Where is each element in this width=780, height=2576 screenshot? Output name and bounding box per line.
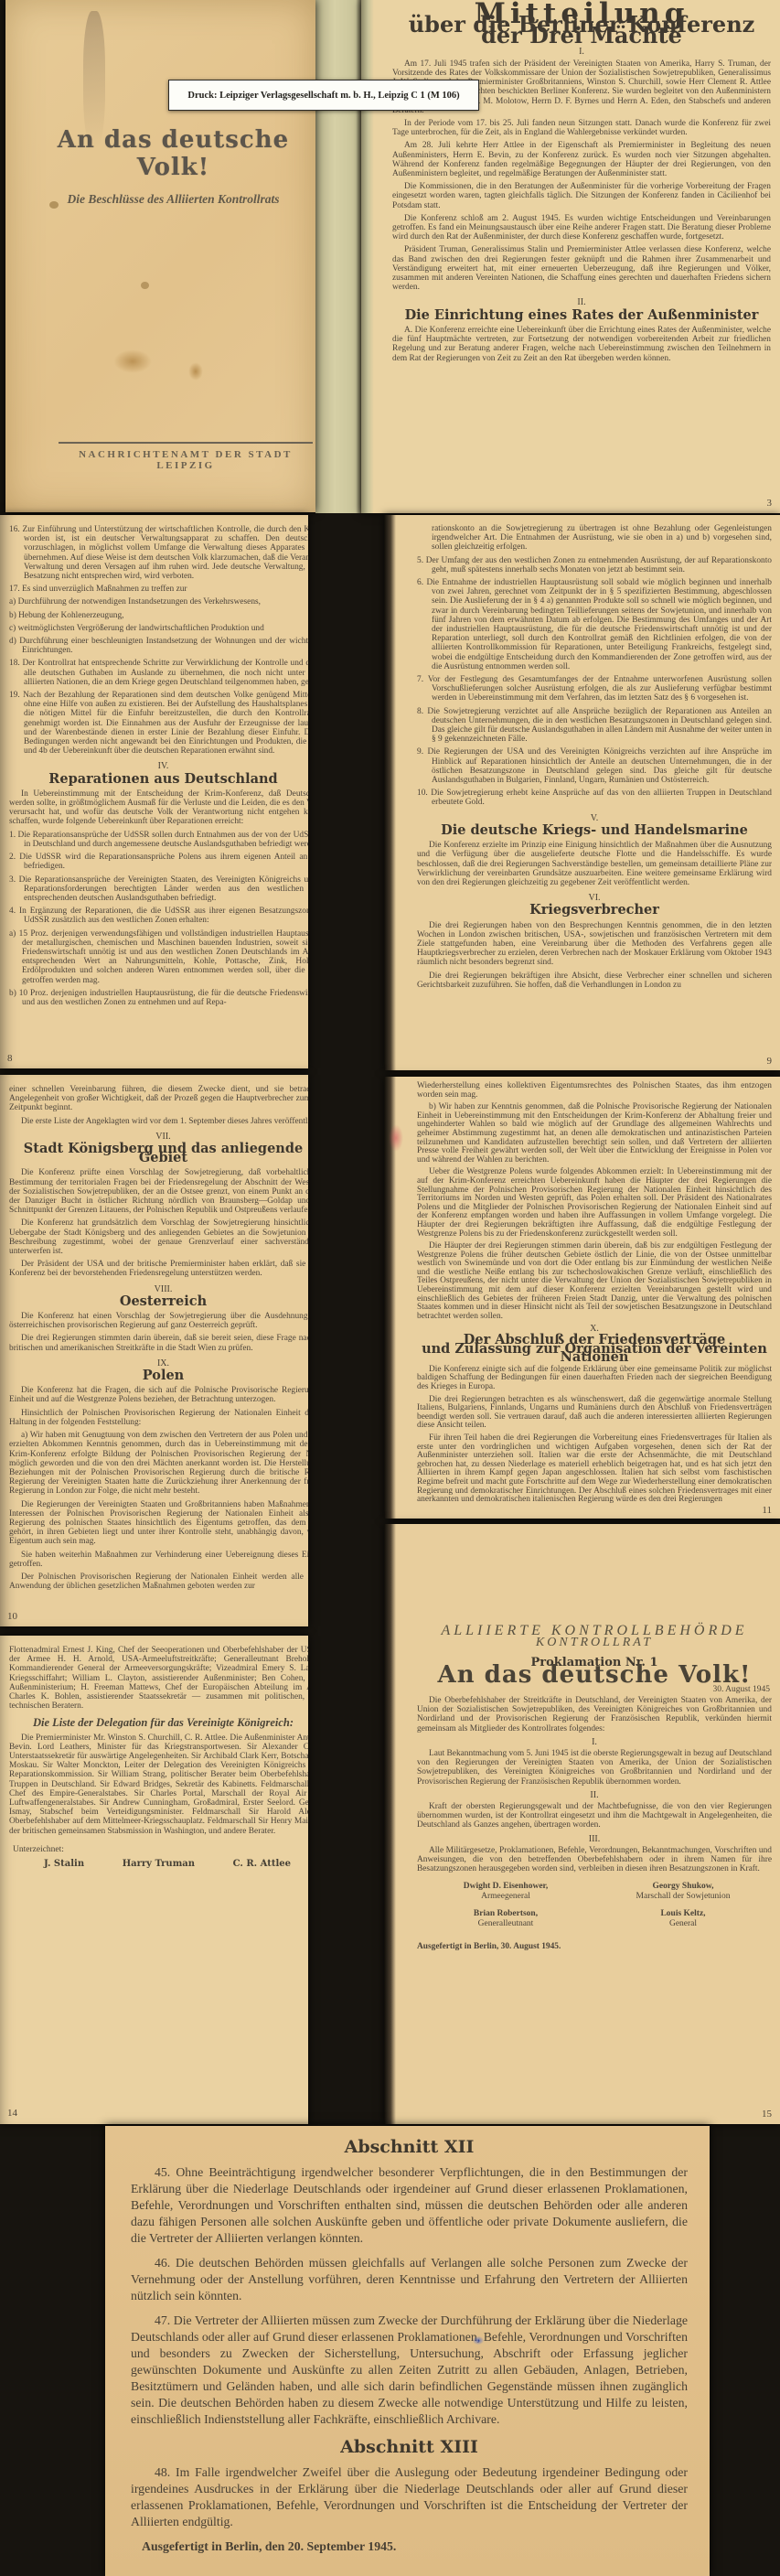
paragraph: Kraft der obersten Regierungsgewalt und … [417, 1802, 772, 1830]
paragraph: Wiederherstellung eines kollektiven Eige… [417, 1082, 772, 1100]
page-3-mitteilung: Mitteilung über die Berliner Konferenz d… [361, 0, 780, 513]
section-2-title: Die Einrichtung eines Rates der Außenmin… [392, 311, 771, 320]
paragraph: Die Oberbefehlshaber der Streitkräfte in… [417, 1696, 772, 1733]
paragraph: Die Konferenz schloß am 2. August 1945. … [392, 214, 771, 242]
page-number: 14 [7, 2108, 17, 2119]
signature-shukow-rank: Marschall der Sowjetunion [594, 1892, 772, 1902]
paragraph: Die Konferenz hat einen Vorschlag der So… [9, 1312, 308, 1330]
list-item: a) 15 Proz. derjenigen verwendungsfähige… [9, 929, 308, 985]
page-abschnitt-12-13: Abschnitt XII 45. Ohne Beeinträchtigung … [105, 2126, 710, 2576]
paragraph: rationskonto an die Sowjetregierung zu ü… [432, 524, 772, 553]
booklet-cover: An das deutsche Volk! Die Beschlüsse des… [5, 0, 315, 512]
page-number: 3 [767, 498, 773, 509]
paragraph: 5. Der Umfang der aus den westlichen Zon… [417, 556, 772, 574]
page-11: Wiederherstellung eines kollektiven Eige… [384, 1077, 780, 1519]
issued-line: Ausgefertigt in Berlin, 30. August 1945. [417, 1942, 772, 1951]
paragraph: Die Konferenz hat die Fragen, die sich a… [9, 1386, 308, 1404]
list-item: a) Durchführung der notwendigen Instands… [9, 597, 308, 606]
issued-line: Ausgefertigt in Berlin, den 20. Septembe… [131, 2538, 688, 2555]
paragraph-46: 46. Die deutschen Behörden müssen gleich… [131, 2255, 688, 2304]
paragraph: Die Konferenz prüfte einen Vorschlag der… [9, 1168, 308, 1215]
booklet-edge [315, 0, 363, 513]
signature-eisenhower: Dwight D. Eisenhower, [417, 1882, 594, 1892]
paragraph: Der Präsident der USA und der britische … [9, 1260, 308, 1278]
paragraph: 17. Es sind unverzüglich Maßnahmen zu tr… [9, 585, 308, 594]
signature-truman: Harry Truman [123, 1860, 195, 1869]
cover-title: An das deutsche Volk! [5, 126, 315, 181]
paragraph: 3. Die Reparationsansprüche der Vereinig… [9, 875, 308, 904]
section-5-title: Die deutsche Kriegs- und Handelsmarine [417, 826, 772, 835]
paragraph: Flottenadmiral Ernest J. King, Chef der … [9, 1646, 308, 1711]
list-item: b) Hebung der Kohlenerzeugung, [9, 611, 308, 620]
paragraph: 1. Die Reparationsansprüche der UdSSR so… [9, 831, 308, 849]
paragraph: Die Kommissionen, die in den Beratungen … [392, 182, 771, 210]
page-number: 11 [762, 1505, 772, 1516]
paragraph-47: 47. Die Vertreter der Alliierten müssen … [131, 2313, 688, 2428]
paragraph: Ueber die Westgrenze Polens wurde folgen… [417, 1168, 772, 1239]
page-8: 16. Zur Einführung und Unterstützung der… [0, 515, 308, 1068]
stain [188, 362, 203, 381]
paragraph: Alle Militärgesetze, Proklamationen, Bef… [417, 1846, 772, 1874]
paragraph: Hinsichtlich der Polnischen Provisorisch… [9, 1409, 308, 1427]
blue-ink-mark [473, 2336, 484, 2345]
paragraph: 19. Nach der Bezahlung der Reparationen … [9, 691, 308, 756]
paragraph: Die erste Liste der Angeklagten wird vor… [9, 1117, 308, 1126]
proclamation-section-1-numeral: I. [417, 1738, 772, 1747]
paragraph: In Uebereinstimmung mit der Entscheidung… [9, 789, 308, 827]
paragraph: 2. Die UdSSR wird die Reparationsansprüc… [9, 853, 308, 871]
signature-eisenhower-rank: Armeegeneral [417, 1892, 594, 1902]
paragraph: Die Konferenz einigte sich auf die folge… [417, 1366, 772, 1392]
page-number: 15 [762, 2109, 772, 2120]
paragraph: Die drei Regierungen haben von den Bespr… [417, 921, 772, 968]
list-item: d) Durchführung einer beschleunigten Ins… [9, 637, 308, 655]
paragraph: In der Periode vom 17. bis 25. Juli fand… [392, 119, 771, 137]
paragraph-48: 48. Im Falle irgendwelcher Zweifel über … [131, 2464, 688, 2530]
page-number: 9 [767, 1056, 773, 1067]
paragraph: 8. Die Sowjetregierung verzichtet auf al… [417, 707, 772, 745]
paragraph: 16. Zur Einführung und Unterstützung der… [9, 525, 308, 581]
page-number: 8 [7, 1053, 13, 1064]
signature-keltz-rank: General [594, 1919, 772, 1929]
paragraph: Die Häupter der drei Regierungen stimmen… [417, 1242, 772, 1321]
page-10: einer schnellen Vereinbarung führen, die… [0, 1075, 308, 1626]
paragraph: Die drei Regierungen bekräftigen ihre Ab… [417, 971, 772, 990]
paragraph: Sie haben weiterhin Maßnahmen zur Verhin… [9, 1551, 308, 1569]
section-8-title: Oesterreich [9, 1297, 308, 1306]
signature-attlee: C. R. Attlee [233, 1860, 291, 1869]
section-12-heading: Abschnitt XII [131, 2139, 688, 2155]
section-9-title: Polen [9, 1371, 308, 1380]
paragraph: Die Premierminister Mr. Winston S. Churc… [9, 1733, 308, 1836]
proclamation-title: An das deutsche Volk! [417, 1670, 772, 1680]
paragraph: Für ihren Teil haben die drei Regierunge… [417, 1434, 772, 1505]
stain [113, 349, 152, 373]
stain [141, 282, 149, 289]
paragraph-45: 45. Ohne Beeinträchtigung irgendwelcher … [131, 2164, 688, 2247]
list-item: c) weitmöglichsten Vergrößerung der land… [9, 624, 308, 633]
paragraph: einer schnellen Vereinbarung führen, die… [9, 1085, 308, 1113]
section-4-title: Reparationen aus Deutschland [9, 775, 308, 784]
paragraph: 9. Die Regierungen der USA und des Verei… [417, 747, 772, 785]
paragraph: 4. In Ergänzung der Reparationen, die di… [9, 907, 308, 925]
signature-robertson-rank: Generalleutnant [417, 1919, 594, 1929]
section-7-title: Stadt Königsberg und das anliegende Gebi… [9, 1144, 308, 1163]
cover-publisher: NACHRICHTENAMT DER STADT LEIPZIG [59, 449, 313, 471]
page-15-proklamation: ALLIIERTE KONTROLLBEHÖRDE KONTROLLRAT Pr… [384, 1524, 780, 2124]
signature-robertson: Brian Robertson, [417, 1909, 594, 1919]
proclamation-signatures: Dwight D. Eisenhower, Armeegeneral Brian… [417, 1882, 772, 1937]
paragraph: 7. Vor der Festlegung des Gesamtumfanges… [417, 675, 772, 703]
paragraph: Die drei Regierungen stimmten darin über… [9, 1334, 308, 1352]
paragraph: Die Konferenz hat grundsätzlich dem Vors… [9, 1218, 308, 1256]
cover-subtitle: Die Beschlüsse des Alliierten Kontrollra… [5, 192, 315, 207]
page-number: 10 [7, 1611, 17, 1622]
page-14: Flottenadmiral Ernest J. King, Chef der … [0, 1636, 308, 2124]
section-6-title: Kriegsverbrecher [417, 906, 772, 915]
divider [59, 442, 313, 444]
paragraph: b) Wir haben zur Kenntnis genommen, daß … [417, 1103, 772, 1165]
list-item: b) 10 Proz. derjenigen industriellen Hau… [9, 989, 308, 1007]
paragraph: 10. Die Sowjetregierung erhebt keine Ans… [417, 789, 772, 807]
signature-stalin: J. Stalin [44, 1860, 84, 1869]
signature-row: J. Stalin Harry Truman C. R. Attlee [9, 1860, 308, 1869]
paragraph: Die Regierungen der Vereinigten Staaten … [9, 1500, 308, 1547]
control-authority-heading: ALLIIERTE KONTROLLBEHÖRDE [417, 1626, 772, 1636]
proclamation-section-3-numeral: III. [417, 1835, 772, 1844]
paragraph: Die drei Regierungen betrachten es als w… [417, 1396, 772, 1431]
paragraph: A. Die Konferenz erreichte eine Ueberein… [392, 326, 771, 363]
printer-stamp-text: Druck: Leipziger Verlagsgesellschaft m. … [187, 91, 459, 101]
paragraph: 18. Der Kontrollrat hat entsprechende Sc… [9, 659, 308, 687]
paragraph: Präsident Truman, Generalissimus Stalin … [392, 245, 771, 292]
paragraph: Die Konferenz erzielte im Prinzip eine E… [417, 841, 772, 887]
uk-delegation-heading: Die Liste der Delegation für das Vereini… [9, 1718, 308, 1727]
paragraph: 6. Die Entnahme der industriellen Haupta… [417, 578, 772, 671]
section-1-numeral: I. [392, 48, 771, 57]
paragraph: Laut Bekanntmachung vom 5. Juni 1945 ist… [417, 1749, 772, 1787]
signature-shukow: Georgy Shukow, [594, 1882, 772, 1892]
section-10-title-line2: und Zulassung zur Organisation der Verei… [417, 1345, 772, 1362]
page-9: rationskonto an die Sowjetregierung zu ü… [384, 515, 780, 1070]
signature-column-right: Georgy Shukow, Marschall der Sowjetunion… [594, 1882, 772, 1937]
paragraph: Am 28. Juli kehrte Herr Attlee in der Ei… [392, 141, 771, 178]
signature-keltz: Louis Keltz, [594, 1909, 772, 1919]
paragraph: Der Polnischen Provisorischen Regierung … [9, 1572, 308, 1591]
proclamation-section-2-numeral: II. [417, 1791, 772, 1800]
paragraph: a) Wir haben mit Genugtuung von dem zwis… [9, 1431, 308, 1496]
control-council-heading: KONTROLLRAT [417, 1638, 772, 1648]
printer-stamp: Druck: Leipziger Verlagsgesellschaft m. … [168, 80, 479, 111]
scanned-document-collage: An das deutsche Volk! Die Beschlüsse des… [0, 0, 780, 2576]
signature-column-left: Dwight D. Eisenhower, Armeegeneral Brian… [417, 1882, 594, 1937]
section-13-heading: Abschnitt XIII [131, 2439, 688, 2455]
signed-label: Unterzeichnet: [13, 1845, 308, 1854]
